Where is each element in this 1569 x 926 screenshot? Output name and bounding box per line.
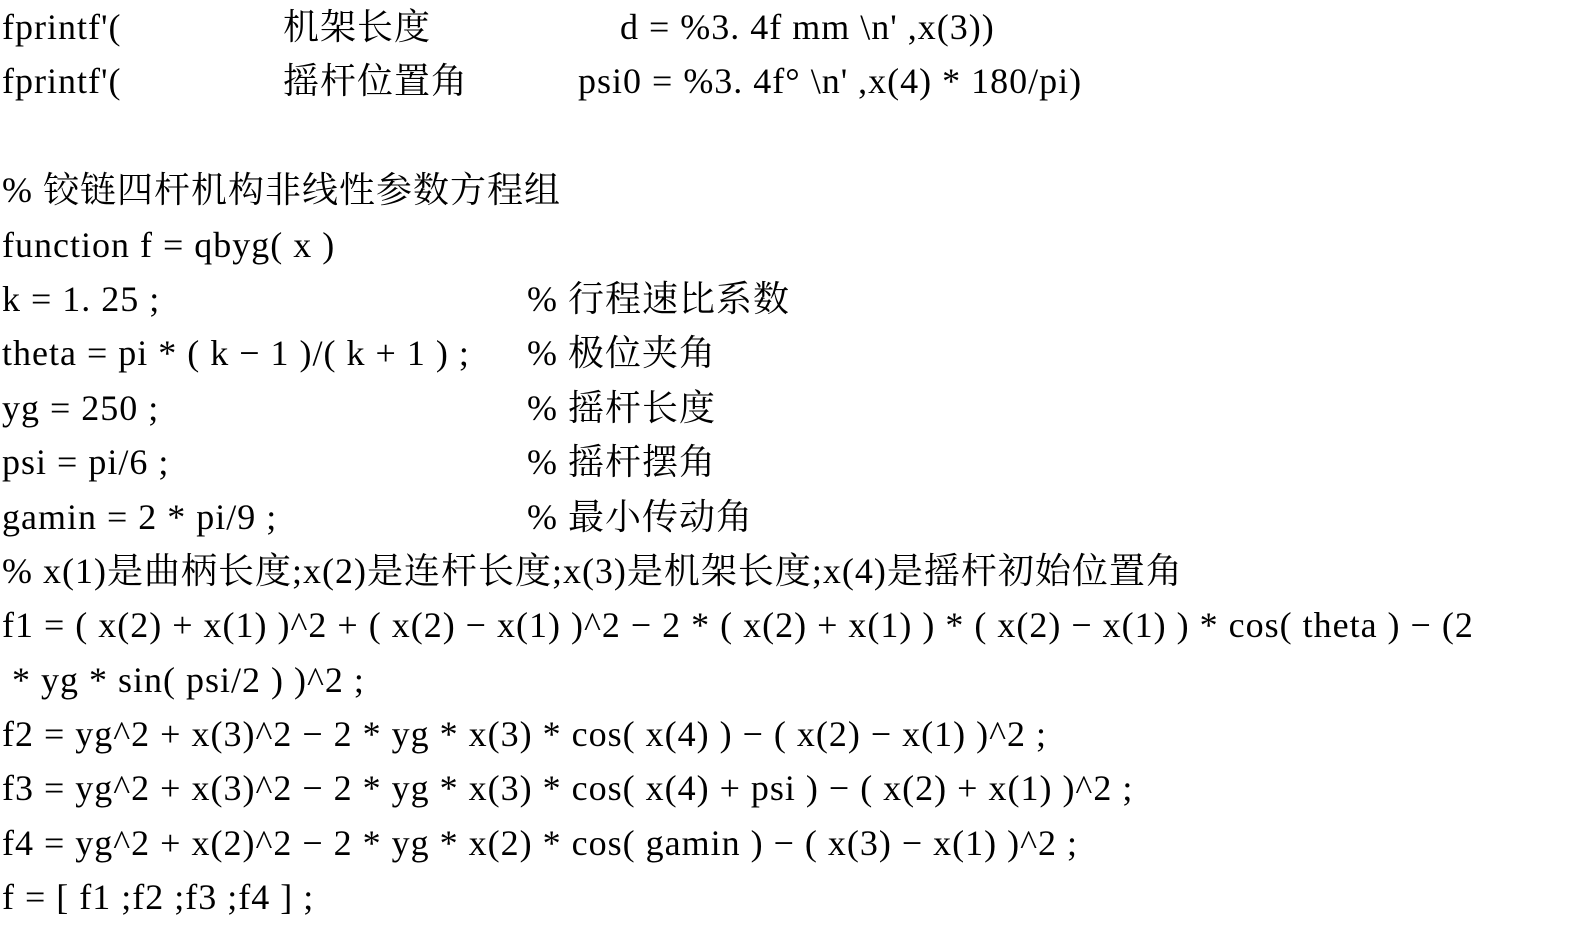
code-comment: % 铰链四杆机构非线性参数方程组 bbox=[2, 163, 561, 217]
code-text: function f = qbyg( x ) bbox=[2, 218, 335, 272]
code-text: f = [ f1 ;f2 ;f3 ;f4 ] ; bbox=[2, 870, 314, 924]
code-comment: % 摇杆长度 bbox=[527, 381, 716, 435]
code-line-variables-comment: % x(1)是曲柄长度;x(2)是连杆长度;x(3)是机架长度;x(4)是摇杆初… bbox=[0, 544, 1569, 598]
code-text: f2 = yg^2 + x(3)^2 − 2 * yg * x(3) * cos… bbox=[2, 707, 1047, 761]
code-line-fprintf-frame-length: fprintf'( 机架长度 d = %3. 4f mm \n' ,x(3)) bbox=[0, 0, 1569, 54]
code-line-yg: yg = 250 ; % 摇杆长度 bbox=[0, 381, 1569, 435]
code-text: fprintf'( bbox=[2, 54, 121, 108]
code-text: k = 1. 25 ; bbox=[2, 272, 160, 326]
code-text: yg = 250 ; bbox=[2, 381, 159, 435]
code-line-f1-part2: * yg * sin( psi/2 ) )^2 ; bbox=[0, 653, 1569, 707]
code-text: f4 = yg^2 + x(2)^2 − 2 * yg * x(2) * cos… bbox=[2, 816, 1078, 870]
code-line-gamin: gamin = 2 * pi/9 ; % 最小传动角 bbox=[0, 490, 1569, 544]
code-comment: % 摇杆摆角 bbox=[527, 435, 716, 489]
code-text: f3 = yg^2 + x(3)^2 − 2 * yg * x(3) * cos… bbox=[2, 761, 1133, 815]
code-line-psi: psi = pi/6 ; % 摇杆摆角 bbox=[0, 435, 1569, 489]
code-line-f2: f2 = yg^2 + x(3)^2 − 2 * yg * x(3) * cos… bbox=[0, 707, 1569, 761]
code-text: psi = pi/6 ; bbox=[2, 435, 169, 489]
code-text: f1 = ( x(2) + x(1) )^2 + ( x(2) − x(1) )… bbox=[2, 598, 1474, 652]
code-line-k: k = 1. 25 ; % 行程速比系数 bbox=[0, 272, 1569, 326]
code-line-f4: f4 = yg^2 + x(2)^2 − 2 * yg * x(2) * cos… bbox=[0, 816, 1569, 870]
code-line-f1-part1: f1 = ( x(2) + x(1) )^2 + ( x(2) − x(1) )… bbox=[0, 598, 1569, 652]
code-line-f-vector: f = [ f1 ;f2 ;f3 ;f4 ] ; bbox=[0, 870, 1569, 924]
code-comment: % 极位夹角 bbox=[527, 326, 716, 380]
code-text: theta = pi * ( k − 1 )/( k + 1 ) ; bbox=[2, 326, 470, 380]
blank-line bbox=[0, 109, 1569, 163]
code-line-theta: theta = pi * ( k − 1 )/( k + 1 ) ; % 极位夹… bbox=[0, 326, 1569, 380]
code-text-cjk: 摇杆位置角 bbox=[283, 54, 468, 108]
code-comment: % x(1)是曲柄长度;x(2)是连杆长度;x(3)是机架长度;x(4)是摇杆初… bbox=[2, 544, 1183, 598]
code-line-f3: f3 = yg^2 + x(3)^2 − 2 * yg * x(3) * cos… bbox=[0, 761, 1569, 815]
code-text: fprintf'( bbox=[2, 0, 121, 54]
code-line-fprintf-rocker-angle: fprintf'( 摇杆位置角 psi0 = %3. 4f° \n' ,x(4)… bbox=[0, 54, 1569, 108]
code-text: gamin = 2 * pi/9 ; bbox=[2, 490, 277, 544]
code-text: * yg * sin( psi/2 ) )^2 ; bbox=[2, 653, 365, 707]
code-text: d = %3. 4f mm \n' ,x(3)) bbox=[620, 0, 995, 54]
code-line-comment-header: % 铰链四杆机构非线性参数方程组 bbox=[0, 163, 1569, 217]
code-text-cjk: 机架长度 bbox=[283, 0, 431, 54]
code-listing-page: fprintf'( 机架长度 d = %3. 4f mm \n' ,x(3)) … bbox=[0, 0, 1569, 926]
code-comment: % 行程速比系数 bbox=[527, 272, 790, 326]
code-text: psi0 = %3. 4f° \n' ,x(4) * 180/pi) bbox=[578, 54, 1082, 108]
code-comment: % 最小传动角 bbox=[527, 490, 753, 544]
code-line-function-def: function f = qbyg( x ) bbox=[0, 218, 1569, 272]
